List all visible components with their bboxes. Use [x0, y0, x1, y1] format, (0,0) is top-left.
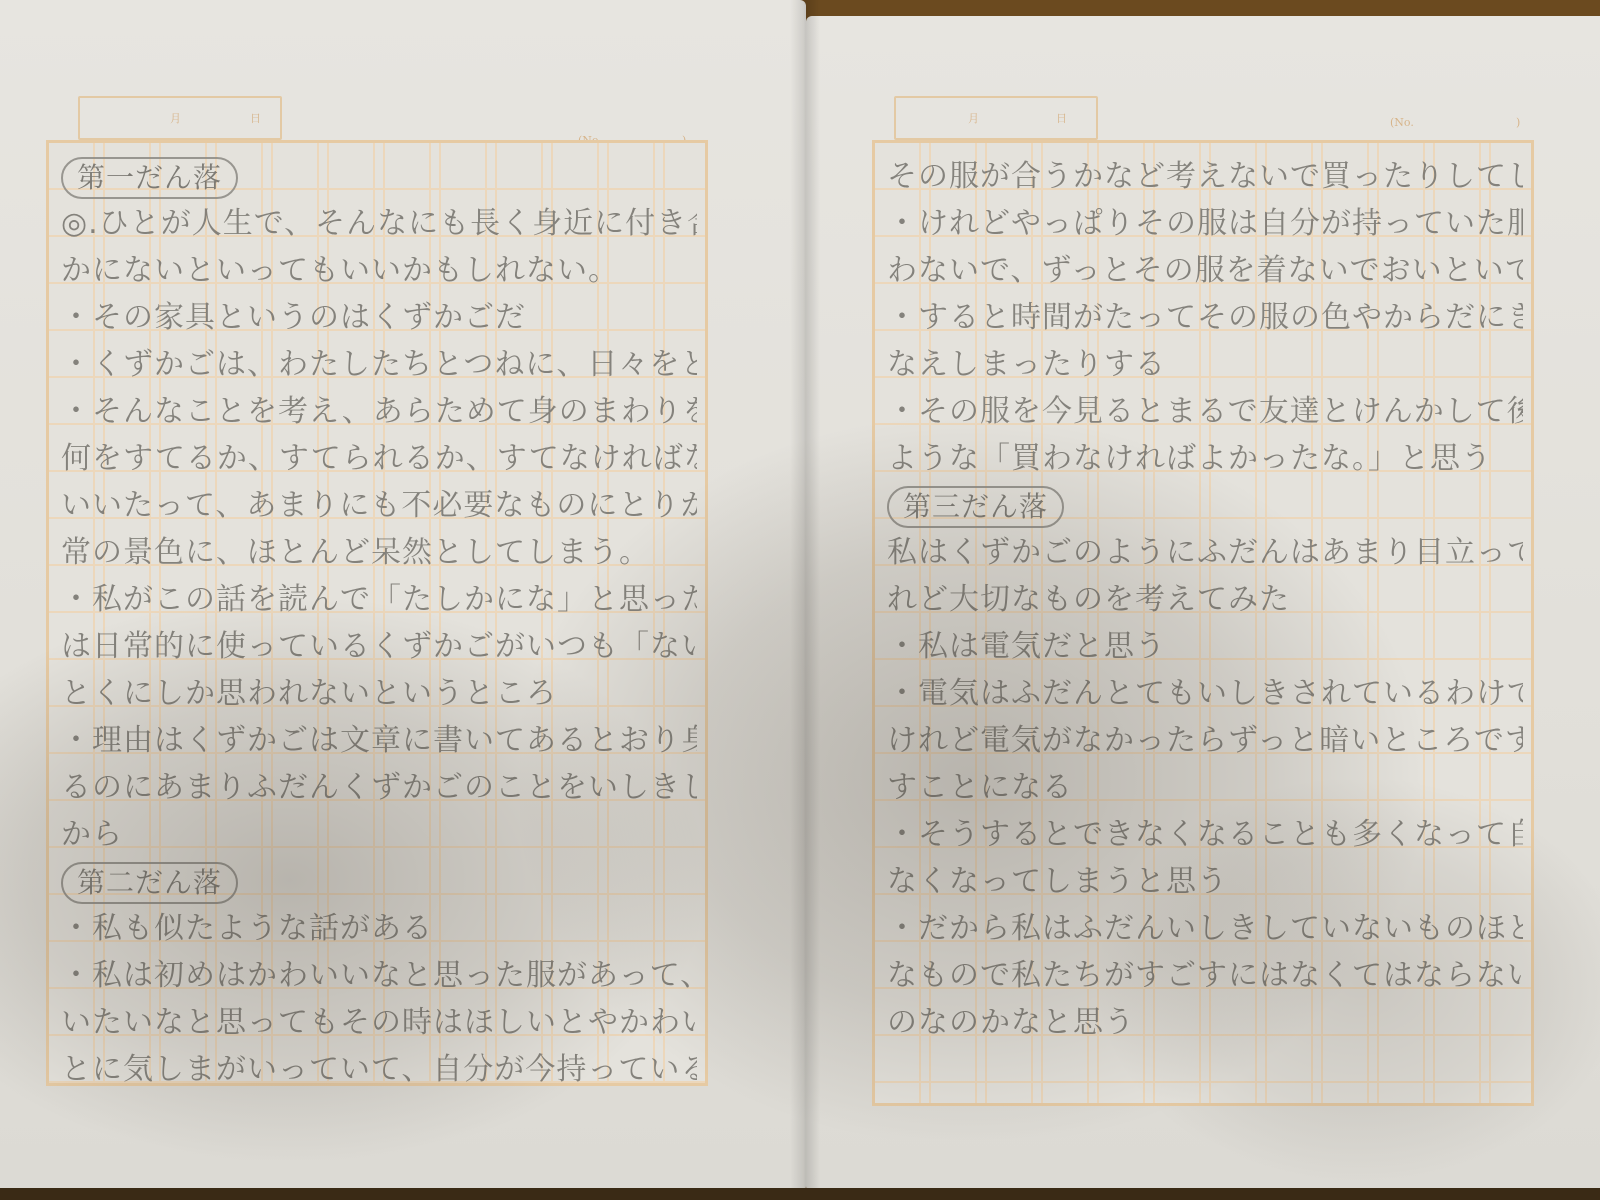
handwritten-text: ・その服を今見るとまるで友達とけんかして後悔した	[887, 394, 1523, 429]
desk-edge	[0, 1188, 1600, 1200]
handwritten-text: ◎.ひとが人生で、そんなにも長く身近に付き合う家具はほ	[61, 206, 697, 241]
text-line: ・私は電気だと思う	[887, 623, 1523, 670]
handwritten-text: ・だから私はふだんいしきしていないものほど、大切	[887, 911, 1523, 946]
text-line: ・けれどやっぱりその服は自分が持っていた服と合	[887, 200, 1523, 247]
text-line: いいたって、あまりにも不必要なものにとりかこまれた日	[61, 482, 697, 529]
text-line: ・電気はふだんとてもいしきされているわけではない	[887, 670, 1523, 717]
text-line: ・くずかごは、わたしたちとつねに、日々をともにしている。	[61, 341, 697, 388]
left-page: 月 日 (No. ) 第一だん落◎.ひとが人生で、そんなにも長く身近に付き合う家…	[0, 0, 806, 1192]
text-line: ・すると時間がたってその服の色やからだにきらいに	[887, 294, 1523, 341]
text-line: ◎.ひとが人生で、そんなにも長く身近に付き合う家具はほ	[61, 200, 697, 247]
text-line: ・私は初めはかわいいなと思った服があって、買	[61, 952, 697, 999]
text-line: とくにしか思われないというところ	[61, 670, 697, 717]
text-line: ・理由はくずかごは文章に書いてあるとおり身近にあ	[61, 717, 697, 764]
text-line: いたいなと思ってもその時はほしいとやかわいいなど	[61, 999, 697, 1046]
section-heading: 第二だん落	[61, 862, 238, 904]
handwritten-text: なえしまったりする	[887, 347, 1166, 382]
handwritten-text: とくにしか思われないというところ	[61, 676, 557, 711]
text-line: ような「買わなければよかったな。」と思う	[887, 435, 1523, 482]
text-line: けれど電気がなかったらずっと暗いところですご	[887, 717, 1523, 764]
handwritten-text: ・私は電気だと思う	[887, 629, 1166, 664]
text-line: とに気しまがいっていて、自分が今持っている服と	[61, 1046, 697, 1093]
text-line: ・その服を今見るとまるで友達とけんかして後悔した	[887, 388, 1523, 435]
text-line: すことになる	[887, 764, 1523, 811]
section-heading-row: 第三だん落	[887, 482, 1523, 529]
handwritten-text: 常の景色に、ほとんど呆然としてしまう。	[61, 535, 650, 570]
open-notebook: 月 日 (No. ) 第一だん落◎.ひとが人生で、そんなにも長く身近に付き合う家…	[0, 0, 1600, 1200]
section-heading: 第一だん落	[61, 157, 238, 199]
text-line: のなのかなと思う	[887, 999, 1523, 1046]
handwritten-text: ・くずかごは、わたしたちとつねに、日々をともにしている。	[61, 347, 697, 382]
section-heading-row: 第一だん落	[61, 153, 697, 200]
handwritten-text: ・けれどやっぱりその服は自分が持っていた服と合	[887, 206, 1523, 241]
date-box[interactable]: 月 日	[894, 96, 1098, 140]
text-line: ・そうするとできなくなることも多くなって自由にすごせ	[887, 811, 1523, 858]
handwritten-text: 私はくずかごのようにふだんはあまり目立っていないけ	[887, 535, 1523, 570]
handwritten-text: るのにあまりふだんくずかごのことをいしきしていなり	[61, 770, 697, 805]
handwritten-text: れど大切なものを考えてみた	[887, 582, 1290, 617]
handwritten-text: ・電気はふだんとてもいしきされているわけではない	[887, 676, 1523, 711]
text-line: ・その家具というのはくずかごだ	[61, 294, 697, 341]
handwritten-text: なもので私たちがすごすにはなくてはならないも	[887, 958, 1523, 993]
text-line: るのにあまりふだんくずかごのことをいしきしていなり	[61, 764, 697, 811]
handwritten-text: いたいなと思ってもその時はほしいとやかわいいなど	[61, 1005, 697, 1040]
handwritten-text: のなのかなと思う	[887, 1005, 1135, 1040]
handwritten-lines: その服が合うかなど考えないで買ったりしてしまう・けれどやっぱりその服は自分が持っ…	[875, 143, 1531, 1103]
handwritten-text: ・そんなことを考え、あらためて身のまわりを見わたしてみて、	[61, 394, 697, 429]
handwritten-text: わないで、ずっとその服を着ないでおいといてしまう	[887, 253, 1523, 288]
handwritten-text: ・その家具というのはくずかごだ	[61, 300, 526, 335]
handwritten-text: ・私も似たような話がある	[61, 911, 433, 946]
text-line: は日常的に使っているくずかごがいつも「ないもの」のご	[61, 623, 697, 670]
handwritten-text: ・私がこの話を読んで「たしかにな」と思ったところ	[61, 582, 697, 617]
text-line: ・だから私はふだんいしきしていないものほど、大切	[887, 905, 1523, 952]
handwritten-text: ・私は初めはかわいいなと思った服があって、買	[61, 958, 697, 993]
text-line: 私はくずかごのようにふだんはあまり目立っていないけ	[887, 529, 1523, 576]
text-line: その服が合うかなど考えないで買ったりしてしまう	[887, 153, 1523, 200]
text-line: なえしまったりする	[887, 341, 1523, 388]
handwritten-text: なくなってしまうと思う	[887, 864, 1228, 899]
handwritten-text: 何をすてるか、すてられるか、すてなければならないかに思	[61, 441, 697, 476]
text-line: 常の景色に、ほとんど呆然としてしまう。	[61, 529, 697, 576]
handwritten-lines: 第一だん落◎.ひとが人生で、そんなにも長く身近に付き合う家具はほかにないといって…	[49, 143, 705, 1083]
page-number-label: (No.	[1390, 116, 1414, 129]
text-line: ・そんなことを考え、あらためて身のまわりを見わたしてみて、	[61, 388, 697, 435]
page-number-close: )	[1516, 116, 1520, 129]
date-box[interactable]: 月 日	[78, 96, 282, 140]
handwritten-text: かにないといってもいいかもしれない。	[61, 253, 619, 288]
writing-grid: 第一だん落◎.ひとが人生で、そんなにも長く身近に付き合う家具はほかにないといって…	[46, 140, 708, 1086]
text-line: から	[61, 811, 697, 858]
section-heading-row: 第二だん落	[61, 858, 697, 905]
text-line: 何をすてるか、すてられるか、すてなければならないかに思	[61, 435, 697, 482]
text-line: なもので私たちがすごすにはなくてはならないも	[887, 952, 1523, 999]
handwritten-text: すことになる	[887, 770, 1073, 805]
text-line: かにないといってもいいかもしれない。	[61, 247, 697, 294]
handwritten-text: ・すると時間がたってその服の色やからだにきらいに	[887, 300, 1523, 335]
handwritten-text: ・理由はくずかごは文章に書いてあるとおり身近にあ	[61, 723, 697, 758]
day-label: 日	[1056, 110, 1067, 126]
month-label: 月	[170, 110, 181, 126]
text-line: わないで、ずっとその服を着ないでおいといてしまう	[887, 247, 1523, 294]
text-line: ・私も似たような話がある	[61, 905, 697, 952]
handwritten-text: けれど電気がなかったらずっと暗いところですご	[887, 723, 1523, 758]
text-line: なくなってしまうと思う	[887, 858, 1523, 905]
handwritten-text: とに気しまがいっていて、自分が今持っている服と	[61, 1052, 697, 1087]
section-heading: 第三だん落	[887, 486, 1064, 528]
handwritten-text: いいたって、あまりにも不必要なものにとりかこまれた日	[61, 488, 697, 523]
handwritten-text: ・そうするとできなくなることも多くなって自由にすごせ	[887, 817, 1523, 852]
text-line: ・私がこの話を読んで「たしかにな」と思ったところ	[61, 576, 697, 623]
day-label: 日	[250, 110, 261, 126]
handwritten-text: から	[61, 817, 123, 852]
handwritten-text: その服が合うかなど考えないで買ったりしてしまう	[887, 159, 1523, 194]
text-line: れど大切なものを考えてみた	[887, 576, 1523, 623]
handwritten-text: ような「買わなければよかったな。」と思う	[887, 441, 1492, 476]
month-label: 月	[968, 110, 979, 126]
writing-grid: その服が合うかなど考えないで買ったりしてしまう・けれどやっぱりその服は自分が持っ…	[872, 140, 1534, 1106]
handwritten-text: は日常的に使っているくずかごがいつも「ないもの」のご	[61, 629, 697, 664]
